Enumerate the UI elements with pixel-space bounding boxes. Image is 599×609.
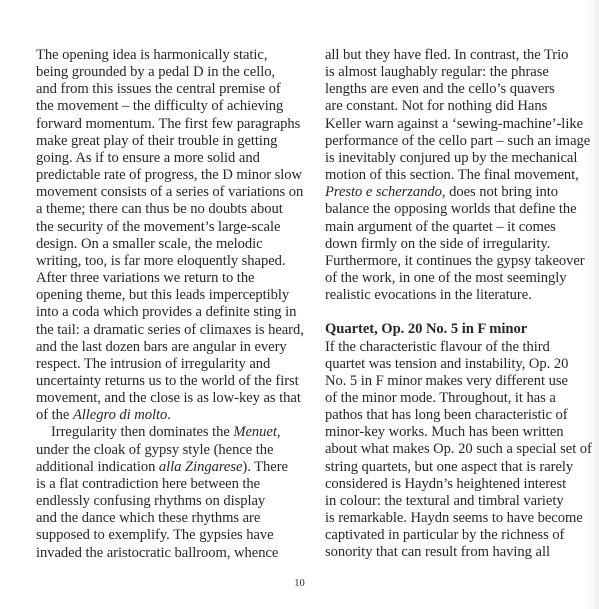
text-line: captivated in particular by the richness… [325, 527, 587, 544]
left-column: The opening idea is harmonically static,… [36, 47, 298, 562]
text-line: movement consists of a series of variati… [36, 184, 298, 201]
text-run: ). There [242, 459, 288, 475]
text-run: Irregularity then dominates the [51, 424, 233, 440]
text-line: Furthermore, it continues the gypsy take… [325, 253, 587, 270]
text-line: uncertainty returns us to the world of t… [36, 373, 298, 390]
text-line: considered is Haydn’s heightened interes… [325, 476, 587, 493]
text-line: under the cloak of gypsy style (hence th… [36, 442, 298, 459]
text-line: going. As if to ensure a more solid and [36, 150, 298, 167]
text-line: additional indication alla Zingarese). T… [36, 459, 298, 476]
text-line: and the dance which these rhythms are [36, 510, 298, 527]
text-line: and the last dozen bars are angular in e… [36, 339, 298, 356]
text-line: movement, and the close is as low-key as… [36, 390, 298, 407]
text-line: and from this issues the central premise… [36, 81, 298, 98]
text-line: down firmly on the side of irregularity. [325, 236, 587, 253]
text-line: invaded the aristocratic ballroom, whenc… [36, 545, 298, 562]
text-line: If the characteristic flavour of the thi… [325, 339, 587, 356]
italic-term: Presto e scherzando [325, 184, 442, 200]
text-line: into a coda which provides a definite st… [36, 304, 298, 321]
text-line: all but they have fled. In contrast, the… [325, 47, 587, 64]
text-line: the security of the movement’s large-sca… [36, 219, 298, 236]
text-line: balance the opposing worlds that define … [325, 201, 587, 218]
text-line: respect. The intrusion of irregularity a… [36, 356, 298, 373]
text-line: are constant. Not for nothing did Hans [325, 98, 587, 115]
text-line: opening theme, but this leads impercepti… [36, 287, 298, 304]
right-column: all but they have fled. In contrast, the… [325, 47, 587, 562]
italic-term: alla Zingarese [159, 459, 243, 475]
text-run: , [277, 424, 281, 440]
text-line: in colour: the textural and timbral vari… [325, 493, 587, 510]
text-line: Irregularity then dominates the Menuet, [36, 424, 298, 441]
paragraph-quartet-f-minor: If the characteristic flavour of the thi… [325, 339, 587, 562]
italic-term: Allegro di molto [73, 407, 167, 423]
text-line: After three variations we return to the [36, 270, 298, 287]
text-line: forward momentum. The first few paragrap… [36, 116, 298, 133]
text-line: is inevitably conjured up by the mechani… [325, 150, 587, 167]
text-line: lengths are even and the cello’s quavers [325, 81, 587, 98]
page-number: 10 [0, 578, 599, 589]
text-line: a theme; there can thus be no doubts abo… [36, 201, 298, 218]
text-line: is almost laughably regular: the phrase [325, 64, 587, 81]
text-line: writing, too, is far more eloquently sha… [36, 253, 298, 270]
text-line: realistic evocations in the literature. [325, 287, 587, 304]
text-line: of the Allegro di molto. [36, 407, 298, 424]
text-line: make great play of their trouble in gett… [36, 133, 298, 150]
text-run: . [167, 407, 171, 423]
text-line: Keller warn against a ‘sewing-machine’-l… [325, 116, 587, 133]
text-line: is a flat contradiction here between the [36, 476, 298, 493]
text-line: pathos that has long been characteristic… [325, 407, 587, 424]
text-line: The opening idea is harmonically static, [36, 47, 298, 64]
text-line: Presto e scherzando, does not bring into [325, 184, 587, 201]
text-line: of the minor mode. Throughout, it has a [325, 390, 587, 407]
text-line: quartet was tension and instability, Op.… [325, 356, 587, 373]
paragraph-trio-finale: all but they have fled. In contrast, the… [325, 47, 587, 304]
text-line: No. 5 in F minor makes very different us… [325, 373, 587, 390]
page-edge-shadow [585, 0, 599, 609]
text-line: string quartets, but one aspect that is … [325, 459, 587, 476]
text-line: being grounded by a pedal D in the cello… [36, 64, 298, 81]
text-line: performance of the cello part – such an … [325, 133, 587, 150]
text-line: minor-key works. Much has been written [325, 424, 587, 441]
text-line: supposed to exemplify. The gypsies have [36, 527, 298, 544]
text-run: of the [36, 407, 73, 423]
text-line: predictable rate of progress, the D mino… [36, 167, 298, 184]
text-line: sonority that can result from having all [325, 544, 587, 561]
italic-term: Menuet [233, 424, 276, 440]
paragraph-menuet: Irregularity then dominates the Menuet, … [36, 424, 298, 561]
text-run: additional indication [36, 459, 159, 475]
text-line: is remarkable. Haydn seems to have becom… [325, 510, 587, 527]
text-line: the movement – the difficulty of achievi… [36, 98, 298, 115]
text-line: design. On a smaller scale, the melodic [36, 236, 298, 253]
text-line: main argument of the quartet – it comes [325, 219, 587, 236]
text-line: endlessly confusing rhythms on display [36, 493, 298, 510]
paragraph-first-movement: The opening idea is harmonically static,… [36, 47, 298, 424]
section-heading: Quartet, Op. 20 No. 5 in F minor [325, 321, 587, 338]
text-run: , does not bring into [442, 184, 558, 200]
text-line: motion of this section. The final moveme… [325, 167, 587, 184]
text-line: of the work, in one of the most seemingl… [325, 270, 587, 287]
text-line: the tail: a dramatic series of climaxes … [36, 322, 298, 339]
text-line: about what makes Op. 20 such a special s… [325, 441, 587, 458]
